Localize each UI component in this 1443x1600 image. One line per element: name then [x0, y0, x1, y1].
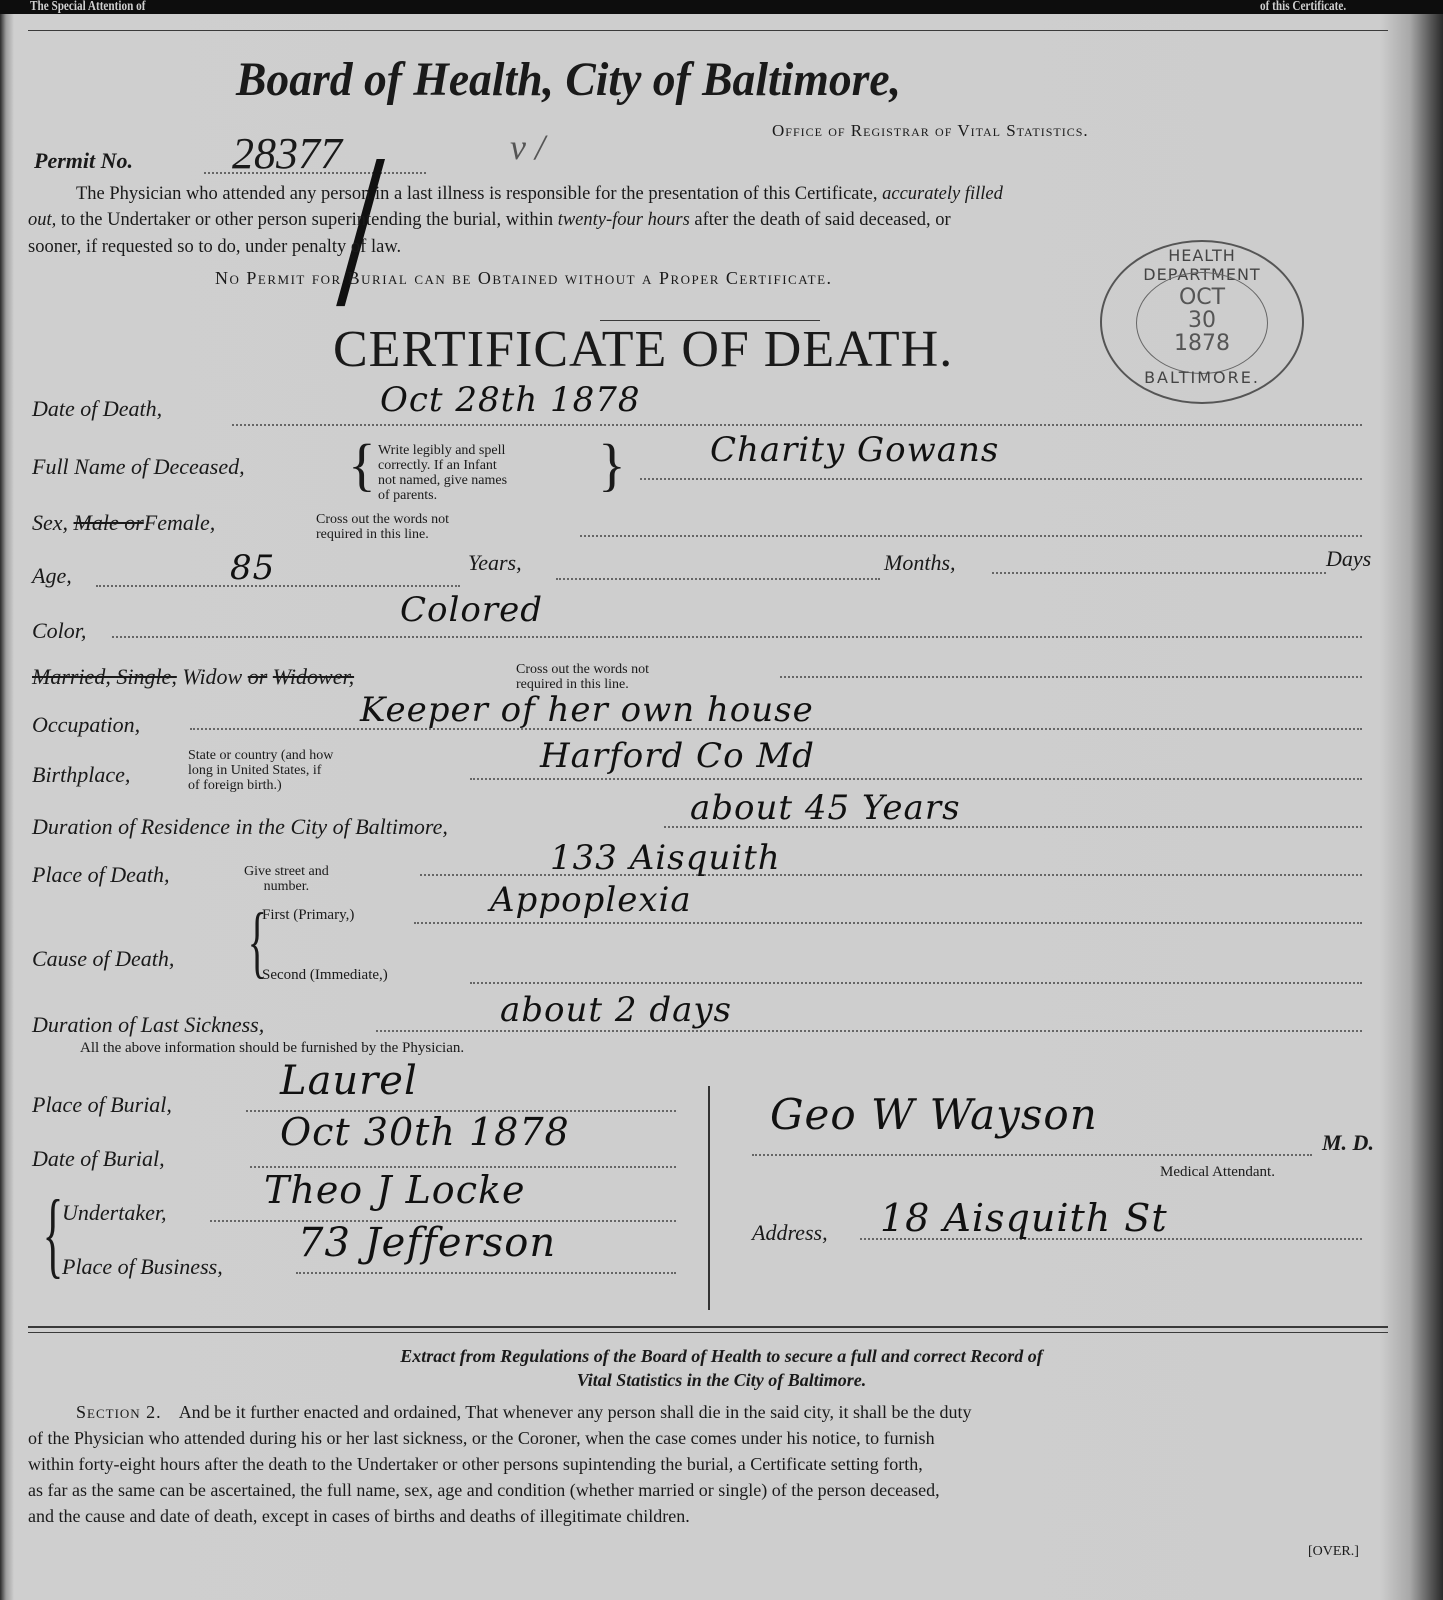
- age-years-value: 85: [230, 548, 275, 588]
- date-of-death-line: [232, 424, 1362, 426]
- marital-status-label: Married, Single, Widow or Widower,: [32, 664, 354, 690]
- certificate-title: CERTIFICATE OF DEATH.: [333, 320, 953, 379]
- stamp-day: 30: [1102, 309, 1302, 332]
- date-of-burial-value: Oct 30th 1878: [280, 1110, 570, 1154]
- extract-title-line-2: Vital Statistics in the City of Baltimor…: [0, 1370, 1443, 1391]
- sex-note: Cross out the words not required in this…: [316, 512, 449, 542]
- occupation-label: Occupation,: [32, 712, 140, 738]
- full-name-brace-close: }: [598, 436, 626, 494]
- undertaker-brace: {: [43, 1186, 64, 1282]
- instructions-line-3: sooner, if requested so to do, under pen…: [28, 233, 401, 261]
- top-band: The Special Attention of of this Certifi…: [0, 0, 1443, 14]
- years-label: Years,: [468, 550, 522, 576]
- place-of-death-value: 133 Aisquith: [550, 838, 781, 878]
- permit-number: 28377: [232, 128, 342, 179]
- section-2-line-1: Section 2. And be it further enacted and…: [76, 1398, 971, 1426]
- last-sickness-value: about 2 days: [500, 990, 732, 1030]
- last-sickness-line: [376, 1030, 1362, 1032]
- top-band-left-text: The Special Attention of: [30, 0, 145, 14]
- full-name-value: Charity Gowans: [710, 430, 999, 470]
- birthplace-label: Birthplace,: [32, 762, 130, 788]
- secondary-cause-line: [470, 982, 1362, 984]
- physician-note: All the above information should be furn…: [80, 1040, 464, 1057]
- stamp-month: OCT: [1102, 286, 1302, 309]
- over-marker: [OVER.]: [1308, 1544, 1359, 1560]
- section-label: Section 2.: [76, 1402, 162, 1422]
- sex-struck-male: Male or: [74, 510, 144, 535]
- place-of-business-label: Place of Business,: [62, 1254, 223, 1280]
- section-2-line-2: of the Physician who attended during his…: [28, 1424, 935, 1452]
- last-sickness-label: Duration of Last Sickness,: [32, 1012, 264, 1038]
- cause-of-death-label: Cause of Death,: [32, 946, 174, 972]
- sex-line: [580, 535, 1362, 537]
- instructions-line-2: out, to the Undertaker or other person s…: [28, 206, 951, 234]
- date-of-burial-label: Date of Burial,: [32, 1146, 165, 1172]
- undertaker-value: Theo J Locke: [264, 1168, 526, 1212]
- primary-cause-line: [414, 922, 1362, 924]
- place-of-business-value: 73 Jefferson: [298, 1220, 556, 1266]
- sex-label: Sex, Male orFemale,: [32, 510, 215, 536]
- age-days-line: [992, 572, 1326, 574]
- full-name-label: Full Name of Deceased,: [32, 454, 245, 480]
- color-line: [112, 636, 1362, 638]
- primary-cause-value: Appoplexia: [490, 880, 692, 920]
- section-2-line-4: as far as the same can be ascertained, t…: [28, 1476, 940, 1504]
- age-months-line: [556, 578, 880, 580]
- top-band-right-text: of this Certificate.: [1260, 0, 1346, 14]
- residence-duration-value: about 45 Years: [690, 788, 961, 828]
- extract-title-line-1: Extract from Regulations of the Board of…: [0, 1346, 1443, 1367]
- marital-line: [780, 676, 1362, 678]
- age-years-line: [96, 585, 460, 587]
- place-of-death-note: Give street and number.: [244, 864, 329, 894]
- document-title: Board of Health, City of Baltimore,: [236, 52, 901, 107]
- color-value: Colored: [400, 590, 543, 630]
- section-2-line-3: within forty-eight hours after the death…: [28, 1450, 923, 1478]
- instructions-line-1: The Physician who attended any person in…: [76, 180, 1003, 208]
- place-of-burial-value: Laurel: [280, 1058, 418, 1104]
- stamp-year: 1878: [1102, 332, 1302, 355]
- certificate-paper: The Special Attention of of this Certifi…: [0, 0, 1443, 1600]
- birthplace-value: Harford Co Md: [540, 736, 815, 776]
- office-subtitle: Office of Registrar of Vital Statistics.: [772, 121, 1089, 141]
- burial-block-bracket: [708, 1086, 710, 1310]
- marital-struck-widower: Widower,: [273, 664, 354, 689]
- place-of-burial-label: Place of Burial,: [32, 1092, 172, 1118]
- address-label: Address,: [752, 1220, 828, 1246]
- stamp-bottom-text: BALTIMORE.: [1112, 368, 1292, 387]
- occupation-value: Keeper of her own house: [360, 690, 814, 730]
- undertaker-label: Undertaker,: [62, 1200, 166, 1226]
- medical-attendant-label: Medical Attendant.: [1160, 1164, 1275, 1181]
- permit-label: Permit No.: [34, 148, 133, 174]
- full-name-line: [640, 478, 1362, 480]
- age-label: Age,: [32, 563, 72, 589]
- marital-struck-married-single: Married, Single,: [32, 664, 177, 689]
- section-divider-1: [28, 1326, 1388, 1328]
- color-label: Color,: [32, 618, 86, 644]
- permit-check-mark: v /: [510, 126, 545, 168]
- section-divider-2: [28, 1332, 1388, 1333]
- date-of-death-value: Oct 28th 1878: [380, 380, 641, 420]
- place-of-business-line: [296, 1272, 676, 1274]
- primary-cause-label: First (Primary,): [262, 908, 354, 923]
- full-name-brace-open: {: [348, 436, 376, 494]
- days-label: Days: [1326, 546, 1371, 572]
- birthplace-line: [470, 778, 1362, 780]
- physician-signature-line: [752, 1154, 1312, 1156]
- secondary-cause-label: Second (Immediate,): [262, 968, 388, 983]
- physician-signature: Geo W Wayson: [770, 1090, 1098, 1139]
- months-label: Months,: [884, 550, 956, 576]
- physician-address: 18 Aisquith St: [880, 1196, 1168, 1240]
- full-name-note: Write legibly and spell correctly. If an…: [378, 443, 507, 503]
- top-rule: [28, 30, 1388, 31]
- md-suffix: M. D.: [1322, 1130, 1374, 1156]
- place-of-death-label: Place of Death,: [32, 862, 169, 888]
- marital-note: Cross out the words not required in this…: [516, 662, 649, 692]
- health-department-stamp: HEALTH DEPARTMENT OCT 30 1878 BALTIMORE.: [1100, 240, 1304, 404]
- burial-permit-notice: No Permit for Burial can be Obtained wit…: [215, 268, 833, 289]
- date-of-death-label: Date of Death,: [32, 396, 162, 422]
- section-2-line-5: and the cause and date of death, except …: [28, 1502, 690, 1530]
- residence-duration-label: Duration of Residence in the City of Bal…: [32, 814, 448, 840]
- birthplace-note: State or country (and how long in United…: [188, 748, 333, 793]
- stamp-date: OCT 30 1878: [1102, 286, 1302, 355]
